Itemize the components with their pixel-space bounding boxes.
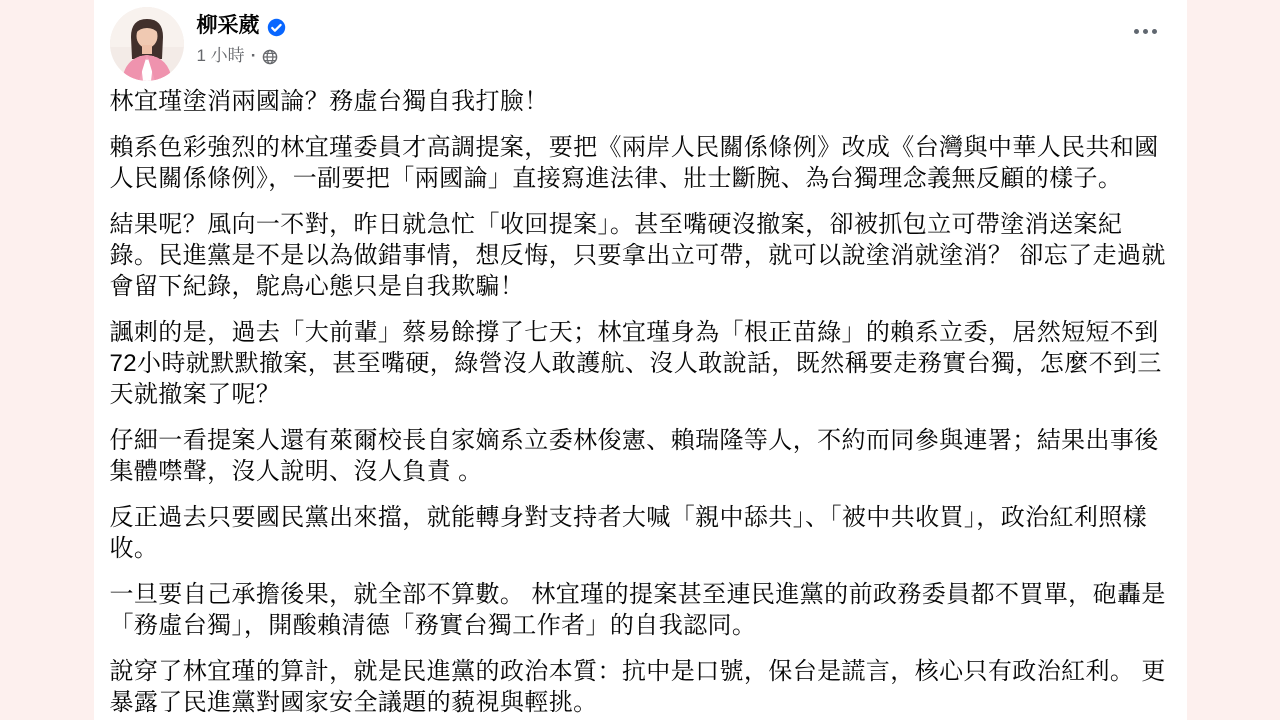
post-header: 柳采葳 1 小時 · xyxy=(94,0,1187,81)
post-paragraph: 反正過去只要國民黨出來擋，就能轉身對支持者大喊「親中舔共」、「被中共收買」，政治… xyxy=(110,502,1171,564)
globe-icon xyxy=(262,49,278,65)
meta-separator: · xyxy=(251,46,257,66)
page-backdrop: 柳采葳 1 小時 · xyxy=(0,0,1280,720)
avatar-image xyxy=(110,7,184,81)
post-paragraph: 說穿了林宜瑾的算計，就是民進黨的政治本質：抗中是口號，保台是謊言，核心只有政治紅… xyxy=(110,656,1171,718)
post-paragraph: 仔細一看提案人還有萊爾校長自家嫡系立委林俊憲、賴瑞隆等人，不約而同參與連署；結果… xyxy=(110,425,1171,487)
post-paragraph: 一旦要自己承擔後果，就全部不算數。 林宜瑾的提案甚至連民進黨的前政務委員都不買單… xyxy=(110,579,1171,641)
post-card: 柳采葳 1 小時 · xyxy=(94,0,1187,720)
post-meta: 1 小時 · xyxy=(197,46,286,66)
timestamp-link[interactable]: 1 小時 xyxy=(197,46,245,66)
verified-badge-icon xyxy=(267,18,286,37)
ellipsis-icon xyxy=(1134,29,1139,34)
ellipsis-icon xyxy=(1152,29,1157,34)
post-paragraph: 結果呢？風向一不對，昨日就急忙「收回提案」。甚至嘴硬沒撤案，卻被抓包立可帶塗消送… xyxy=(110,209,1171,302)
header-info: 柳采葳 1 小時 · xyxy=(197,7,286,66)
ellipsis-icon xyxy=(1143,29,1148,34)
more-options-button[interactable] xyxy=(1130,25,1161,38)
post-body: 林宜瑾塗消兩國論？務虛台獨自我打臉！ 賴系色彩強烈的林宜瑾委員才高調提案，要把《… xyxy=(94,86,1187,718)
post-title-line: 林宜瑾塗消兩國論？務虛台獨自我打臉！ xyxy=(110,86,1171,117)
post-paragraph: 諷刺的是，過去「大前輩」蔡易餘撐了七天；林宜瑾身為「根正苗綠」的賴系立委，居然短… xyxy=(110,317,1171,410)
author-avatar[interactable] xyxy=(110,7,184,81)
post-paragraph: 賴系色彩強烈的林宜瑾委員才高調提案，要把《兩岸人民關係條例》改成《台灣與中華人民… xyxy=(110,132,1171,194)
author-name[interactable]: 柳采葳 xyxy=(197,13,260,39)
